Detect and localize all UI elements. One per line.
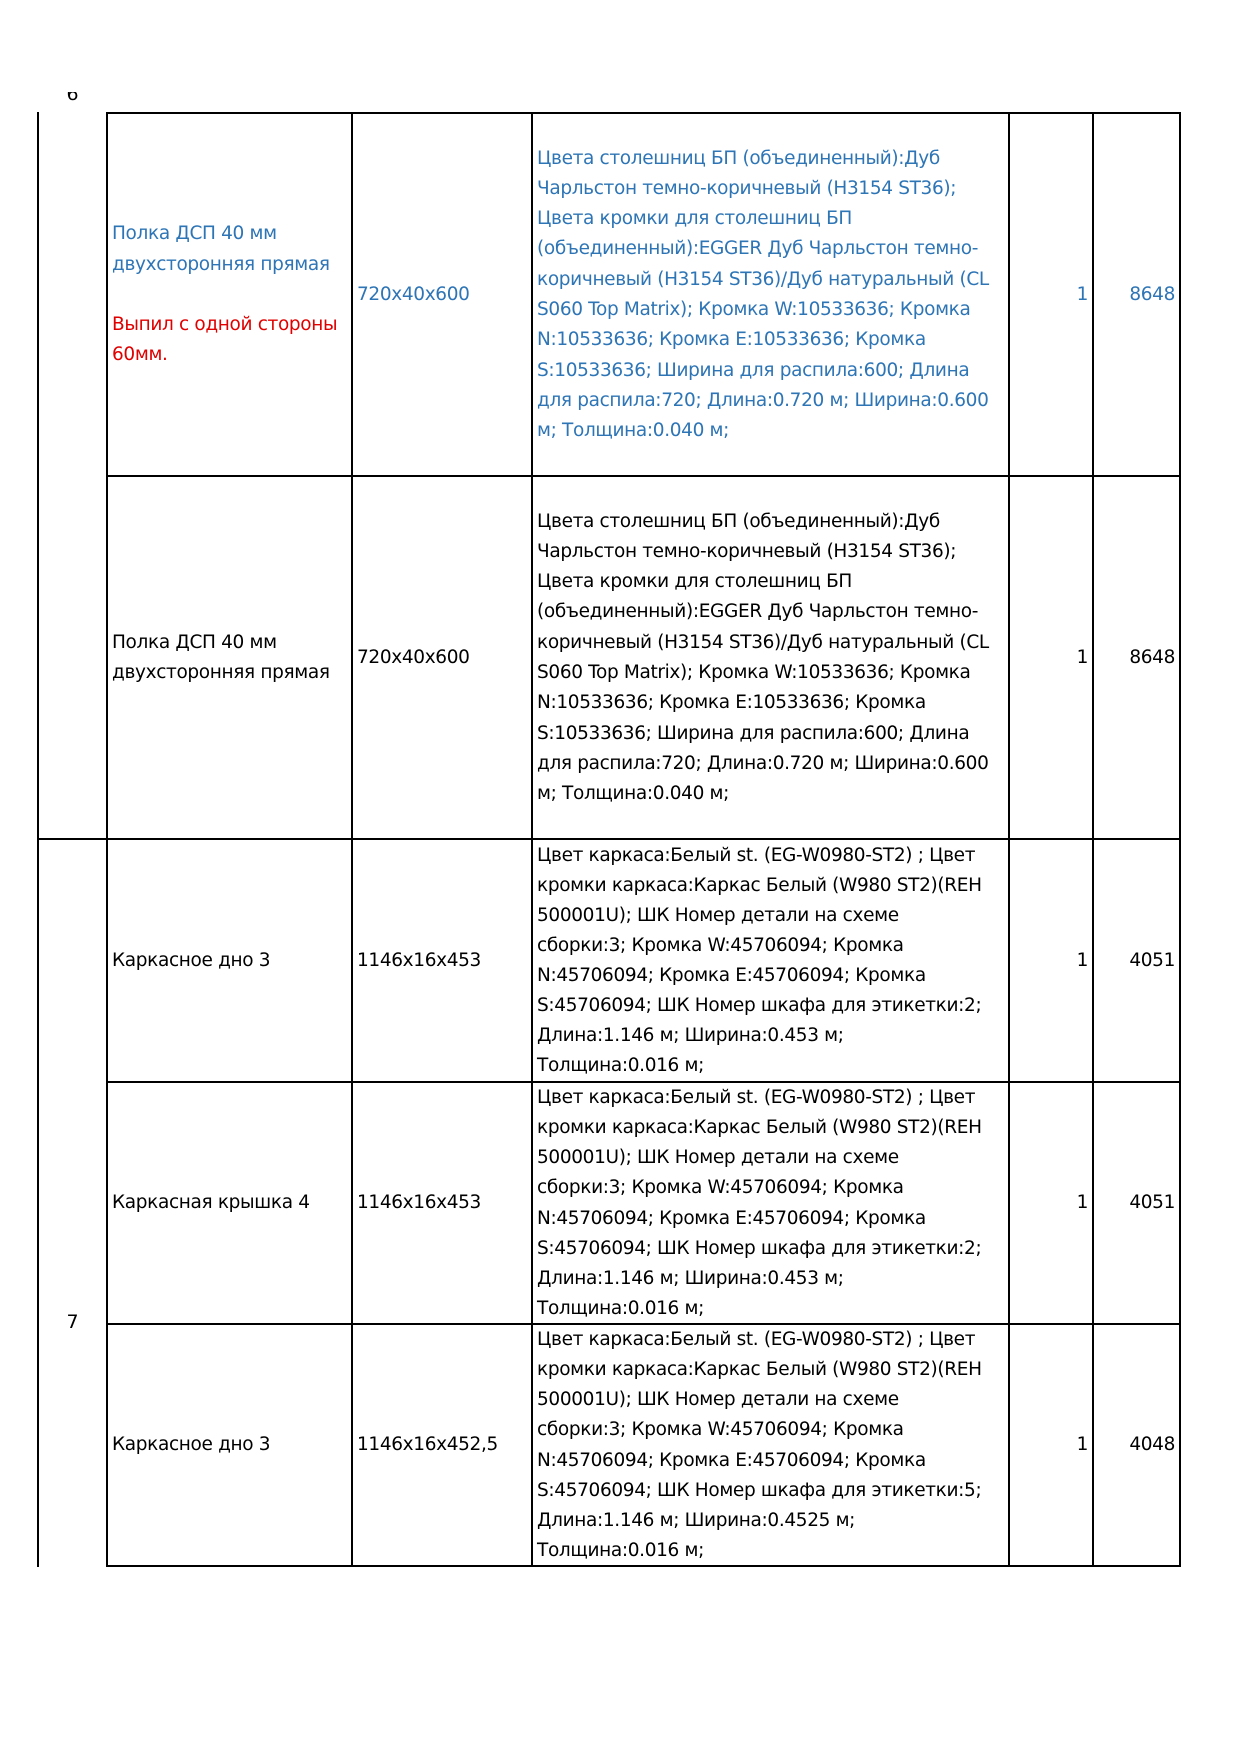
group-number-cut: 6: [38, 92, 107, 112]
item-name: Полка ДСП 40 мм двухсторонняя прямая: [112, 219, 337, 280]
item-size: 1146x16x452,5: [357, 1430, 498, 1460]
row-divider: [106, 1323, 1181, 1325]
table-cell-name: Каркасная крышка 4: [108, 1083, 352, 1324]
item-name: Каркасная крышка 4: [112, 1188, 310, 1218]
table-cell-name: Каркасное дно 3: [108, 1325, 352, 1566]
table-cell-price: 8648: [1094, 114, 1180, 476]
item-qty: 1: [1077, 280, 1088, 310]
item-price: 8648: [1129, 280, 1175, 310]
row-divider: [106, 475, 1181, 477]
table-cell-price: 4048: [1094, 1325, 1180, 1566]
item-description: Цвет каркаса:Белый st. (EG-W0980-ST2) ; …: [537, 841, 982, 1082]
table-cell-qty: 1: [1010, 1083, 1093, 1324]
item-description: Цвета столешниц БП (объединенный):Дуб Ча…: [537, 144, 989, 447]
table-cell-name: Полка ДСП 40 мм двухсторонняя прямая: [108, 477, 352, 839]
table-cell-description: Цвет каркаса:Белый st. (EG-W0980-ST2) ; …: [533, 840, 1009, 1082]
group-number-7: 7: [38, 1311, 107, 1333]
group-divider: [37, 838, 1181, 840]
item-size: 1146x16x453: [357, 946, 481, 976]
table-cell-size: 1146x16x452,5: [353, 1325, 532, 1566]
table-cell-description: Цвета столешниц БП (объединенный):Дуб Ча…: [533, 477, 1009, 839]
row-divider: [106, 1081, 1181, 1083]
table-border-top: [106, 112, 1181, 114]
table-cell-qty: 1: [1010, 840, 1093, 1082]
item-qty: 1: [1077, 643, 1088, 673]
group-number-6: 6: [38, 92, 107, 104]
item-size: 1146x16x453: [357, 1188, 481, 1218]
item-description: Цвета столешниц БП (объединенный):Дуб Ча…: [537, 507, 989, 810]
item-qty: 1: [1077, 1430, 1088, 1460]
table-border-bottom: [106, 1565, 1181, 1567]
table-cell-size: 720x40x600: [353, 477, 532, 839]
table-cell-qty: 1: [1010, 1325, 1093, 1566]
table-cell-qty: 1: [1010, 114, 1093, 476]
table-cell-size: 1146x16x453: [353, 1083, 532, 1324]
item-price: 4051: [1129, 1188, 1175, 1218]
item-name: Каркасное дно 3: [112, 1430, 270, 1460]
table-cell-price: 4051: [1094, 1083, 1180, 1324]
item-price: 4051: [1129, 946, 1175, 976]
item-qty: 1: [1077, 1188, 1088, 1218]
item-size: 720x40x600: [357, 280, 470, 310]
table-cell-description: Цвета столешниц БП (объединенный):Дуб Ча…: [533, 114, 1009, 476]
item-note: Выпил с одной стороны 60мм.: [112, 310, 337, 371]
item-name: Полка ДСП 40 мм двухсторонняя прямая: [112, 628, 330, 689]
item-name: Каркасное дно 3: [112, 946, 270, 976]
table-cell-price: 8648: [1094, 477, 1180, 839]
item-qty: 1: [1077, 946, 1088, 976]
table-cell-price: 4051: [1094, 840, 1180, 1082]
item-price: 8648: [1129, 643, 1175, 673]
table-cell-size: 720x40x600: [353, 114, 532, 476]
table-cell-qty: 1: [1010, 477, 1093, 839]
table-cell-size: 1146x16x453: [353, 840, 532, 1082]
spec-table-page: 6 7 Полка ДСП 40 мм двухсторонняя прямая…: [0, 0, 1241, 1755]
table-cell-name: Каркасное дно 3: [108, 840, 352, 1082]
item-price: 4048: [1129, 1430, 1175, 1460]
item-description: Цвет каркаса:Белый st. (EG-W0980-ST2) ; …: [537, 1325, 982, 1566]
item-description: Цвет каркаса:Белый st. (EG-W0980-ST2) ; …: [537, 1083, 982, 1324]
table-cell-description: Цвет каркаса:Белый st. (EG-W0980-ST2) ; …: [533, 1325, 1009, 1566]
table-cell-description: Цвет каркаса:Белый st. (EG-W0980-ST2) ; …: [533, 1083, 1009, 1324]
item-size: 720x40x600: [357, 643, 470, 673]
table-cell-name: Полка ДСП 40 мм двухсторонняя прямая Вып…: [108, 114, 352, 476]
